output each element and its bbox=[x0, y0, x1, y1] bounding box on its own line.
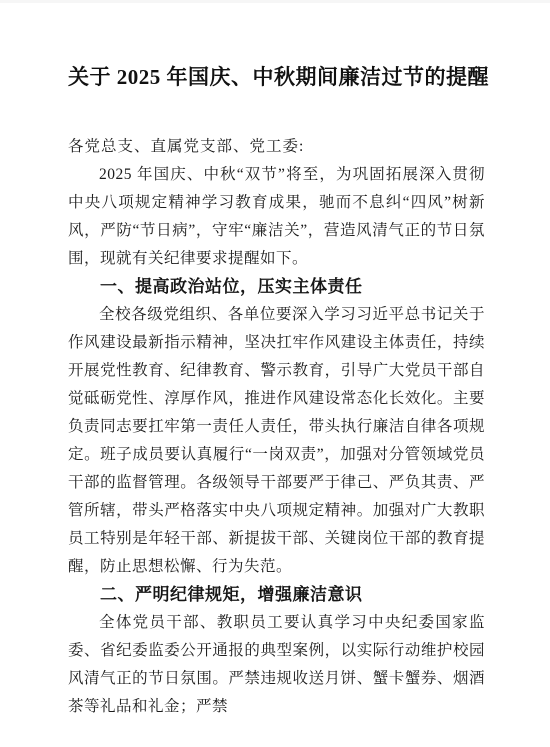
body-paragraph: 2025 年国庆、中秋“双节”将至，为巩固拓展深入贯彻中央八项规定精神学习教育成… bbox=[68, 161, 485, 273]
document-page: 关于 2025 年国庆、中秋期间廉洁过节的提醒 各党总支、直属党支部、党工委: … bbox=[0, 0, 550, 747]
document-title: 关于 2025 年国庆、中秋期间廉洁过节的提醒 bbox=[68, 60, 485, 94]
section-heading: 二、严明纪律规矩，增强廉洁意识 bbox=[68, 581, 485, 609]
body-paragraph: 全体党员干部、教职员工要认真学习中央纪委国家监委、省纪委监委公开通报的典型案例，… bbox=[68, 609, 485, 721]
salutation-line: 各党总支、直属党支部、党工委: bbox=[68, 133, 485, 161]
body-paragraph: 全校各级党组织、各单位要深入学习习近平总书记关于作风建设最新指示精神，坚决扛牢作… bbox=[68, 301, 485, 581]
document-content: 关于 2025 年国庆、中秋期间廉洁过节的提醒 各党总支、直属党支部、党工委: … bbox=[68, 0, 485, 721]
document-blocks: 2025 年国庆、中秋“双节”将至，为巩固拓展深入贯彻中央八项规定精神学习教育成… bbox=[68, 161, 485, 721]
section-heading: 一、提高政治站位，压实主体责任 bbox=[68, 273, 485, 301]
